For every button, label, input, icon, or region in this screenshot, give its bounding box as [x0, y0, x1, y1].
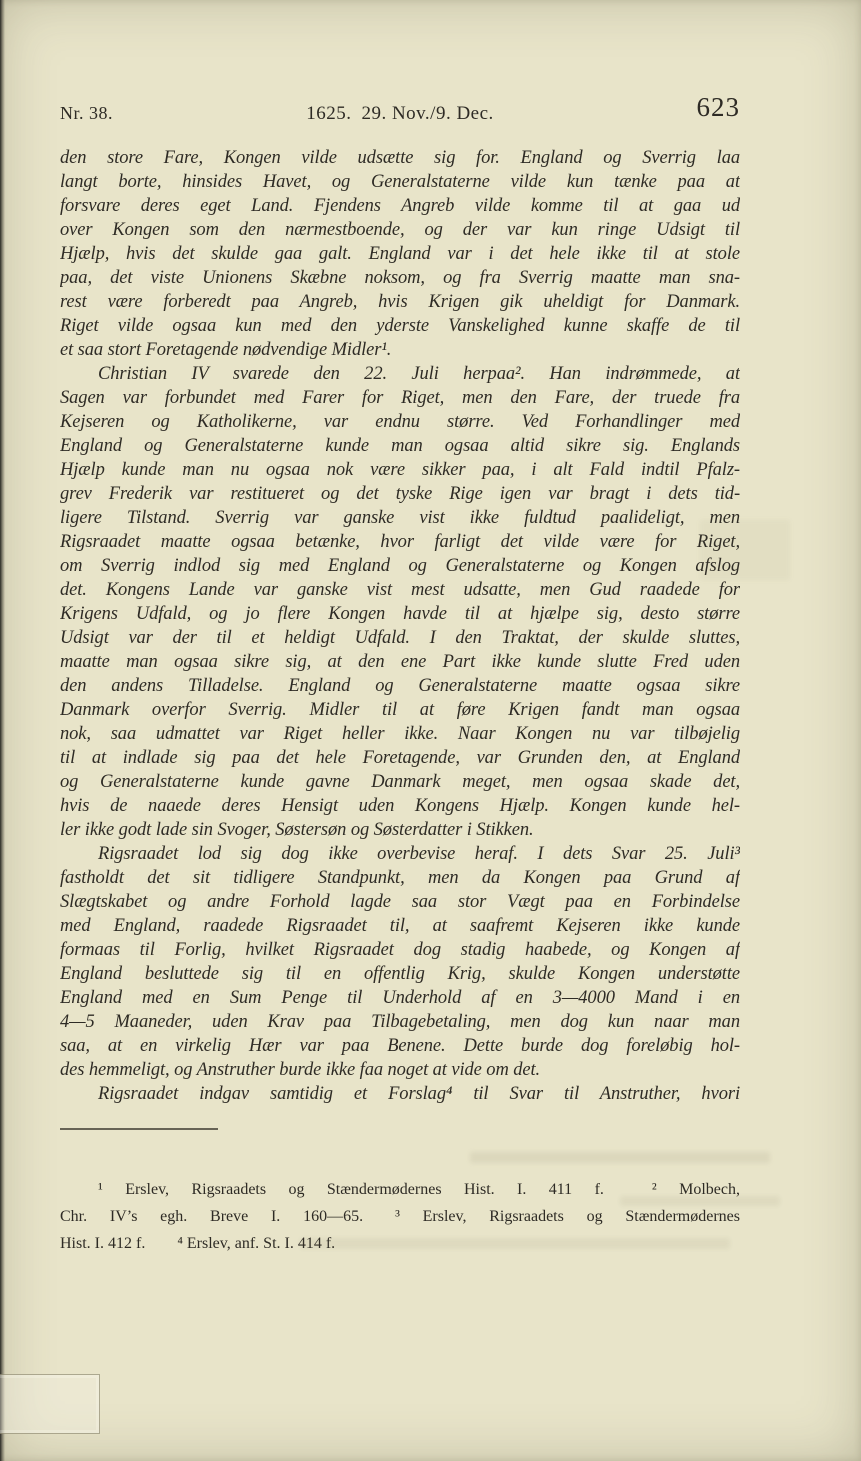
label-ghost [0, 1374, 100, 1434]
text-line: hvis de naaede deres Hensigt uden Kongen… [60, 794, 740, 818]
show-through-smudge [470, 1152, 770, 1163]
text-line: Christian IV svarede den 22. Juli herpaa… [60, 362, 740, 386]
text-line: fastholdt det sit tidligere Standpunkt, … [60, 866, 740, 890]
text-line: forsvare deres eget Land. Fjendens Angre… [60, 194, 740, 218]
text-line: med England, raadede Rigsraadet til, at … [60, 914, 740, 938]
text-line: Danmark overfor Sverrig. Midler til at f… [60, 698, 740, 722]
text-line: England besluttede sig til en offentlig … [60, 962, 740, 986]
page-number: 623 [697, 92, 741, 123]
book-page-scan: Nr. 38. 1625. 29. Nov./9. Dec. 623 den s… [0, 0, 861, 1461]
text-line: Rigsraadet indgav samtidig et Forslag⁴ t… [60, 1082, 740, 1106]
text-line: den andens Tilladelse. England og Genera… [60, 674, 740, 698]
text-line: 4—5 Maaneder, uden Krav paa Tilbagebetal… [60, 1010, 740, 1034]
show-through-smudge [700, 520, 790, 580]
text-line: Krigens Udfald, og jo flere Kongen havde… [60, 602, 740, 626]
text-line: Kejseren og Katholikerne, var endnu stør… [60, 410, 740, 434]
body-text: den store Fare, Kongen vilde udsætte sig… [60, 146, 740, 1106]
text-line: formaas til Forlig, hvilket Rigsraadet d… [60, 938, 740, 962]
page-edge-shadow [0, 0, 5, 1461]
text-line: Slægtskabet og andre Forhold lagde saa s… [60, 890, 740, 914]
text-line: paa, det viste Unionens Skæbne noksom, o… [60, 266, 740, 290]
date-heading: 1625. 29. Nov./9. Dec. [60, 103, 740, 125]
show-through-smudge [620, 1196, 780, 1206]
text-line: Udsigt var der til et heldigt Udfald. I … [60, 626, 740, 650]
text-line: til at indlade sig paa det hele Foretage… [60, 746, 740, 770]
text-line: des hemmeligt, og Anstruther burde ikke … [60, 1058, 740, 1082]
text-line: og Generalstaterne kunde gavne Danmark m… [60, 770, 740, 794]
footnote-separator [60, 1128, 218, 1130]
text-line: Sagen var forbundet med Farer for Riget,… [60, 386, 740, 410]
text-line: om Sverrig indlod sig med England og Gen… [60, 554, 740, 578]
text-line: ligere Tilstand. Sverrig var ganske vist… [60, 506, 740, 530]
text-line: langt borte, hinsides Havet, og Generals… [60, 170, 740, 194]
text-line: Hjælp, hvis det skulde gaa galt. England… [60, 242, 740, 266]
text-line: England med en Sum Penge til Underhold a… [60, 986, 740, 1010]
text-line: ler ikke godt lade sin Svoger, Søstersøn… [60, 818, 740, 842]
text-line: England og Generalstaterne kunde man ogs… [60, 434, 740, 458]
text-line: et saa stort Foretagende nødvendige Midl… [60, 338, 740, 362]
text-line: maatte man ogsaa sikre sig, at den ene P… [60, 650, 740, 674]
text-line: Rigsraadet lod sig dog ikke overbevise h… [60, 842, 740, 866]
text-line: rest være forberedt paa Angreb, hvis Kri… [60, 290, 740, 314]
text-line: Riget vilde ogsaa kun med den yderste Va… [60, 314, 740, 338]
footnote-line: Chr. IV’s egh. Breve I. 160—65. ³ Erslev… [60, 1203, 740, 1230]
text-line: over Kongen som den nærmestboende, og de… [60, 218, 740, 242]
text-line: grev Frederik var restitueret og det tys… [60, 482, 740, 506]
text-line: den store Fare, Kongen vilde udsætte sig… [60, 146, 740, 170]
text-line: Rigsraadet maatte ogsaa betænke, hvor fa… [60, 530, 740, 554]
text-line: Hjælp kunde man nu ogsaa nok være sikker… [60, 458, 740, 482]
page-header: Nr. 38. 1625. 29. Nov./9. Dec. 623 [60, 100, 740, 128]
text-line: det. Kongens Lande var ganske vist mest … [60, 578, 740, 602]
text-line: saa, at en virkelig Hær var paa Benene. … [60, 1034, 740, 1058]
show-through-smudge [300, 1238, 730, 1249]
text-line: nok, saa udmattet var Riget heller ikke.… [60, 722, 740, 746]
